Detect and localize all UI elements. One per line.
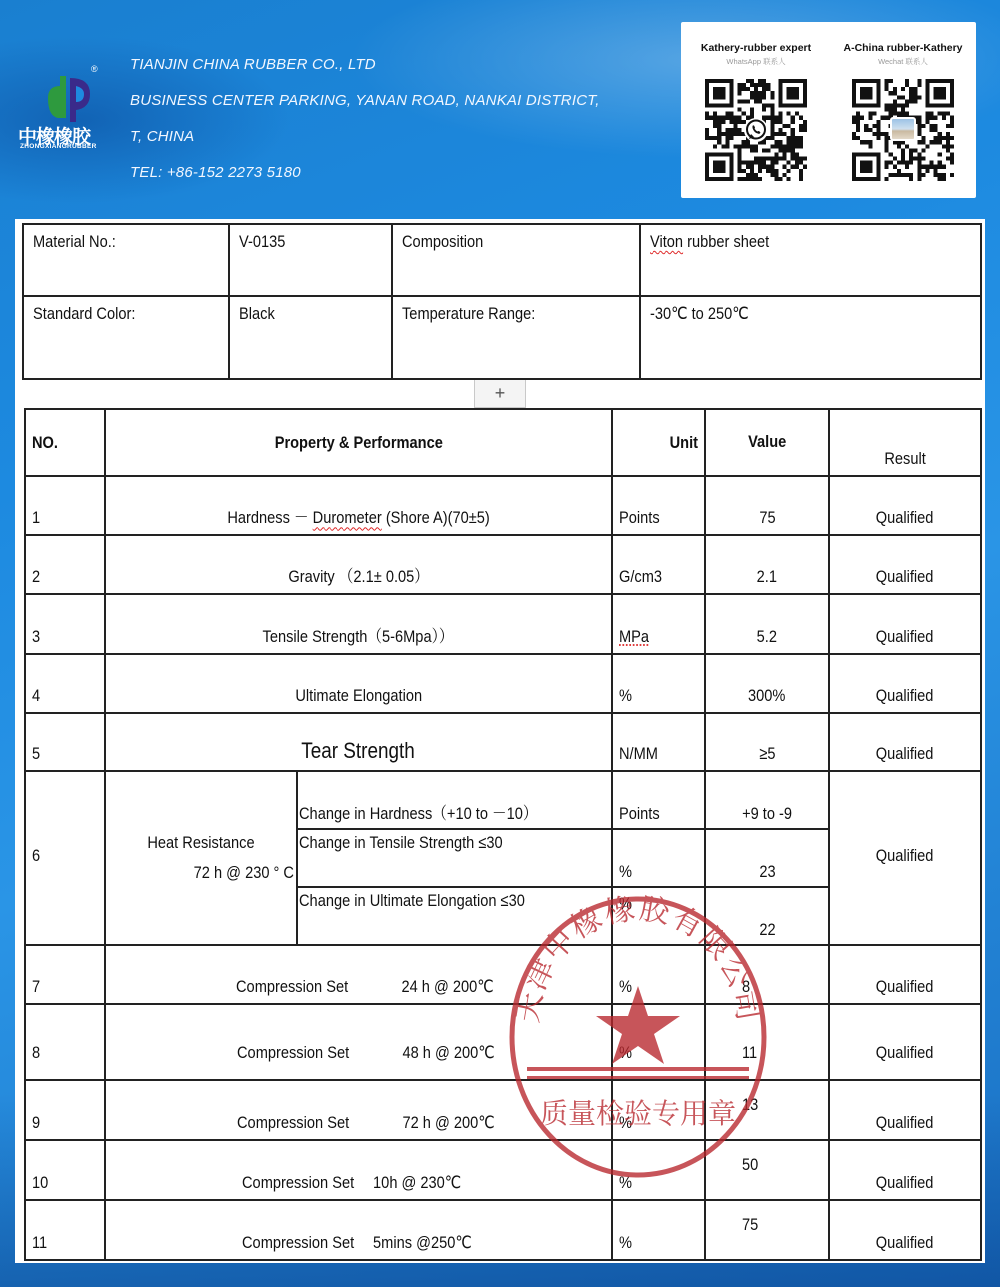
row-unit: % <box>612 1080 705 1139</box>
table-row: 5 Tear Strength N/MM ≥5 Qualified <box>25 713 981 771</box>
row-unit: % <box>612 1004 705 1080</box>
row-no: 3 <box>25 594 105 653</box>
qr-subtitle: Wechat 联系人 <box>830 56 976 67</box>
row-unit: % <box>612 1200 705 1260</box>
whatsapp-qr-block: Kathery-rubber expert WhatsApp 联系人 <box>683 42 829 181</box>
row-unit: G/cm3 <box>612 535 705 594</box>
header-property: Property & Performance <box>105 409 612 476</box>
row-unit: % <box>612 945 705 1004</box>
material-info-table: Material No.: V-0135 Composition Viton r… <box>22 223 982 380</box>
row-property: Tear Strength <box>105 713 612 771</box>
row-value: 13 <box>705 1080 829 1139</box>
row-value: 2.1 <box>705 535 829 594</box>
whatsapp-icon <box>743 117 769 143</box>
row-no: 1 <box>25 476 105 535</box>
row-property: Compression Set72 h @ 200℃ <box>105 1080 612 1139</box>
row-result: Qualified <box>829 594 981 653</box>
row-value: 50 <box>705 1140 829 1200</box>
company-logo: ® 中橡橡胶 ZHONGXIANGRUBBER <box>16 64 116 154</box>
row-value: 11 <box>705 1004 829 1080</box>
row-unit: Points <box>612 476 705 535</box>
material-no-label: Material No.: <box>23 224 229 296</box>
row-no: 4 <box>25 654 105 713</box>
row-unit: MPa <box>612 594 705 653</box>
sub-row-unit: Points <box>612 771 705 829</box>
table-row: 3 Tensile Strength（5-6Mpa）） MPa 5.2 Qual… <box>25 594 981 653</box>
row-no: 8 <box>25 1004 105 1080</box>
sub-row-value: 22 <box>705 887 829 945</box>
composition-label: Composition <box>392 224 640 296</box>
table-row: 9 Compression Set72 h @ 200℃ % 13 Qualif… <box>25 1080 981 1139</box>
sub-row-unit: % <box>612 887 705 945</box>
row-property: Ultimate Elongation <box>105 654 612 713</box>
row-no: 11 <box>25 1200 105 1260</box>
avatar-photo-icon <box>890 117 916 141</box>
qr-subtitle: WhatsApp 联系人 <box>683 56 829 67</box>
row-result: Qualified <box>829 1140 981 1200</box>
sub-row-property: Change in Tensile Strength ≤30 <box>297 829 612 887</box>
row-no: 9 <box>25 1080 105 1139</box>
row-result: Qualified <box>829 654 981 713</box>
row-result: Qualified <box>829 535 981 594</box>
property-table: NO. Property & Performance Unit Value Re… <box>24 408 982 1261</box>
registered-mark: ® <box>91 64 98 74</box>
sub-row-unit: % <box>612 829 705 887</box>
row-no: 7 <box>25 945 105 1004</box>
page-header: ® 中橡橡胶 ZHONGXIANGRUBBER TIANJIN CHINA RU… <box>0 0 1000 215</box>
row-value: 75 <box>705 1200 829 1260</box>
row-value: 5.2 <box>705 594 829 653</box>
row-result: Qualified <box>829 1080 981 1139</box>
logo-name-en: ZHONGXIANGRUBBER <box>20 143 97 150</box>
wechat-qr-block: A-China rubber-Kathery Wechat 联系人 <box>830 42 976 181</box>
row-no: 2 <box>25 535 105 594</box>
standard-color-label: Standard Color: <box>23 296 229 379</box>
row-value: 300% <box>705 654 829 713</box>
row-property: Compression Set48 h @ 200℃ <box>105 1004 612 1080</box>
row-no: 5 <box>25 713 105 771</box>
company-phone: TEL: +86-152 2273 5180 <box>130 163 600 199</box>
row-property: Compression Set10h @ 230℃ <box>105 1140 612 1200</box>
table-row: 10 Compression Set10h @ 230℃ % 50 Qualif… <box>25 1140 981 1200</box>
row-value: 75 <box>705 476 829 535</box>
table-row: 7 Compression Set24 h @ 200℃ % 8 Qualifi… <box>25 945 981 1004</box>
row-property: Gravity （2.1± 0.05） <box>105 535 612 594</box>
row-value: ≥5 <box>705 713 829 771</box>
row-property-group: Heat Resistance 72 h @ 230 ° C <box>105 771 297 945</box>
temperature-range-label: Temperature Range: <box>392 296 640 379</box>
standard-color-value: Black <box>229 296 392 379</box>
row-result: Qualified <box>829 713 981 771</box>
material-data-sheet: Material No.: V-0135 Composition Viton r… <box>15 219 985 1263</box>
header-unit: Unit <box>612 409 705 476</box>
table-row: 4 Ultimate Elongation % 300% Qualified <box>25 654 981 713</box>
sub-row-value: +9 to -9 <box>705 771 829 829</box>
sub-row-property: Change in Ultimate Elongation ≤30 <box>297 887 612 945</box>
sub-row-property: Change in Hardness（+10 to －10） <box>297 771 612 829</box>
row-result: Qualified <box>829 476 981 535</box>
row-unit: % <box>612 654 705 713</box>
company-address-line-1: BUSINESS CENTER PARKING, YANAN ROAD, NAN… <box>130 91 600 127</box>
qr-title: A-China rubber-Kathery <box>830 42 976 54</box>
misspelled-word: Viton <box>650 232 683 251</box>
row-property: Compression Set5mins @250℃ <box>105 1200 612 1260</box>
sub-row-value: 23 <box>705 829 829 887</box>
qr-title: Kathery-rubber expert <box>683 42 829 54</box>
table-row: 8 Compression Set48 h @ 200℃ % 11 Qualif… <box>25 1004 981 1080</box>
logo-mark-icon <box>42 68 94 122</box>
row-result: Qualified <box>829 1004 981 1080</box>
row-result: Qualified <box>829 1200 981 1260</box>
temperature-range-value: -30℃ to 250℃ <box>640 296 981 379</box>
material-no-value: V-0135 <box>229 224 392 296</box>
row-property: Compression Set24 h @ 200℃ <box>105 945 612 1004</box>
row-result: Qualified <box>829 771 981 945</box>
whatsapp-qr-code[interactable] <box>705 79 807 181</box>
add-row-button[interactable]: + <box>474 380 526 408</box>
row-value: 8 <box>705 945 829 1004</box>
row-no: 10 <box>25 1140 105 1200</box>
qr-contact-panel: Kathery-rubber expert WhatsApp 联系人 A-Chi… <box>681 22 976 198</box>
company-info: TIANJIN CHINA RUBBER CO., LTD BUSINESS C… <box>130 55 600 199</box>
company-name: TIANJIN CHINA RUBBER CO., LTD <box>130 55 600 91</box>
company-address-line-2: T, CHINA <box>130 127 600 163</box>
row-unit: N/MM <box>612 713 705 771</box>
wechat-qr-code[interactable] <box>852 79 954 181</box>
header-no: NO. <box>25 409 105 476</box>
composition-value: Viton rubber sheet <box>640 224 981 296</box>
row-no: 6 <box>25 771 105 945</box>
row-property: Hardness － Durometer (Shore A)(70±5) <box>105 476 612 535</box>
row-property: Tensile Strength（5-6Mpa）） <box>105 594 612 653</box>
table-header-row: NO. Property & Performance Unit Value Re… <box>25 409 981 476</box>
table-row: 11 Compression Set5mins @250℃ % 75 Quali… <box>25 1200 981 1260</box>
table-row: 2 Gravity （2.1± 0.05） G/cm3 2.1 Qualifie… <box>25 535 981 594</box>
table-row: 1 Hardness － Durometer (Shore A)(70±5) P… <box>25 476 981 535</box>
row-unit: % <box>612 1140 705 1200</box>
table-row: 6 Heat Resistance 72 h @ 230 ° C Change … <box>25 771 981 829</box>
header-result: Result <box>829 409 981 476</box>
row-result: Qualified <box>829 945 981 1004</box>
header-value: Value <box>705 409 829 476</box>
